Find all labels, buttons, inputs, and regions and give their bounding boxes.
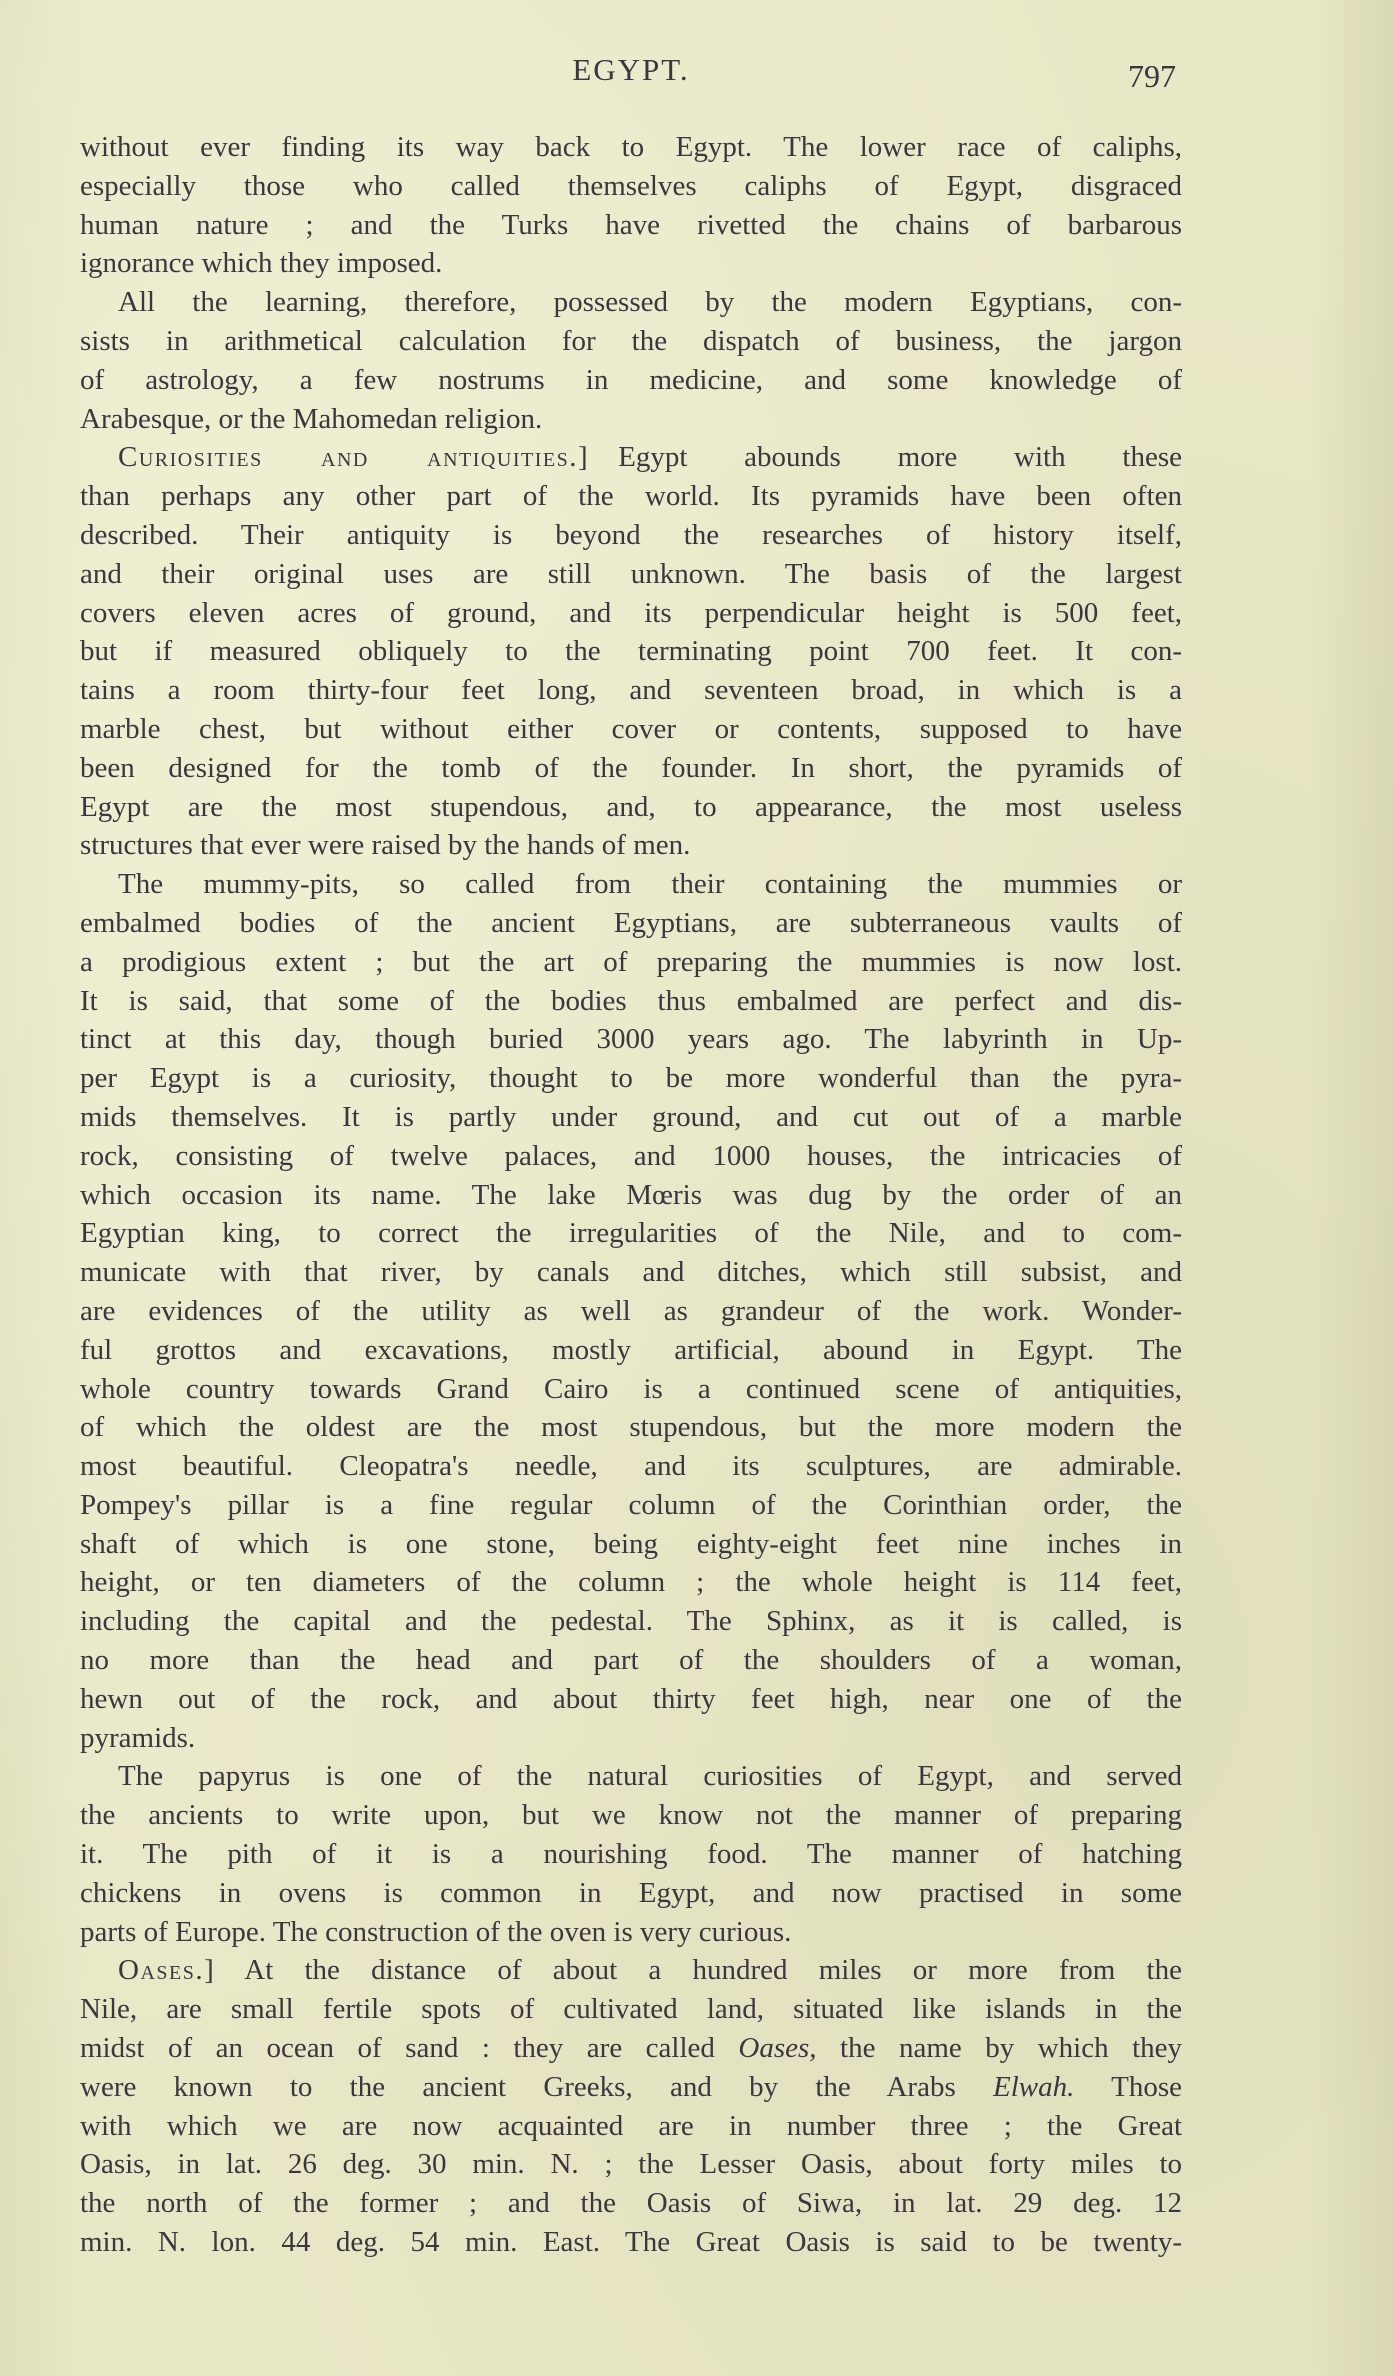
- text-line: Arabesque, or the Mahomedan religion.: [80, 400, 1182, 439]
- section-oases: Oases.] At the distance of about a hundr…: [80, 1951, 1182, 2261]
- text-line: but if measured obliquely to the termina…: [80, 632, 1182, 671]
- text-line: rock, consisting of twelve palaces, and …: [80, 1137, 1182, 1176]
- text-line: tinct at this day, though buried 3000 ye…: [80, 1020, 1182, 1059]
- text-line: The papyrus is one of the natural curios…: [80, 1757, 1182, 1796]
- line-text: Those: [1074, 2071, 1182, 2103]
- text-line: whole country towards Grand Cairo is a c…: [80, 1370, 1182, 1409]
- text-line: It is said, that some of the bodies thus…: [80, 982, 1182, 1021]
- text-line: human nature ; and the Turks have rivett…: [80, 206, 1182, 245]
- italic-term-elwah: Elwah.: [993, 2071, 1074, 2103]
- text-line: The mummy-pits, so called from their con…: [80, 865, 1182, 904]
- text-line: min. N. lon. 44 deg. 54 min. East. The G…: [80, 2223, 1182, 2262]
- text-line: marble chest, but without either cover o…: [80, 710, 1182, 749]
- text-line: municate with that river, by canals and …: [80, 1253, 1182, 1292]
- text-line: hewn out of the rock, and about thirty f…: [80, 1680, 1182, 1719]
- text-line: embalmed bodies of the ancient Egyptians…: [80, 904, 1182, 943]
- body-text: without ever finding its way back to Egy…: [80, 128, 1182, 2262]
- text-line: were known to the ancient Greeks, and by…: [80, 2068, 1182, 2107]
- text-line: no more than the head and part of the sh…: [80, 1641, 1182, 1680]
- text-line: it. The pith of it is a nourishing food.…: [80, 1835, 1182, 1874]
- text-line: the north of the former ; and the Oasis …: [80, 2184, 1182, 2223]
- text-line: Oasis, in lat. 26 deg. 30 min. N. ; the …: [80, 2145, 1182, 2184]
- text-line: tains a room thirty-four feet long, and …: [80, 671, 1182, 710]
- paragraph-learning: All the learning, therefore, possessed b…: [80, 283, 1182, 438]
- text-line: including the capital and the pedestal. …: [80, 1602, 1182, 1641]
- heading-line-text: At the distance of about a hundred miles…: [244, 1954, 1182, 1986]
- text-line: structures that ever were raised by the …: [80, 826, 1182, 865]
- line-text: midst of an ocean of sand : they are cal…: [80, 2032, 738, 2064]
- text-line: are evidences of the utility as well as …: [80, 1292, 1182, 1331]
- text-line: Curiosities and antiquities.] Egypt abou…: [80, 438, 1182, 477]
- text-line: Pompey's pillar is a fine regular column…: [80, 1486, 1182, 1525]
- text-line: and their original uses are still unknow…: [80, 555, 1182, 594]
- running-head: EGYPT. 797: [80, 48, 1182, 98]
- text-line: without ever finding its way back to Egy…: [80, 128, 1182, 167]
- running-title: EGYPT.: [80, 52, 1182, 88]
- section-heading: Curiosities and antiquities.]: [118, 441, 589, 473]
- text-line: especially those who called themselves c…: [80, 167, 1182, 206]
- line-text: were known to the ancient Greeks, and by…: [80, 2071, 993, 2103]
- text-line: shaft of which is one stone, being eight…: [80, 1525, 1182, 1564]
- page-number: 797: [1128, 58, 1176, 95]
- text-line: of astrology, a few nostrums in medicine…: [80, 361, 1182, 400]
- text-line: described. Their antiquity is beyond the…: [80, 516, 1182, 555]
- text-line: parts of Europe. The construction of the…: [80, 1913, 1182, 1952]
- text-line: mids themselves. It is partly under grou…: [80, 1098, 1182, 1137]
- text-line: most beautiful. Cleopatra's needle, and …: [80, 1447, 1182, 1486]
- italic-term-oases: Oases,: [738, 2032, 816, 2064]
- heading-line-text: Egypt abounds more with these: [618, 441, 1182, 473]
- paragraph-mummy-pits: The mummy-pits, so called from their con…: [80, 865, 1182, 1757]
- text-line: which occasion its name. The lake Mœris …: [80, 1176, 1182, 1215]
- text-line: Oases.] At the distance of about a hundr…: [80, 1951, 1182, 1990]
- text-line: Egyptian king, to correct the irregulari…: [80, 1214, 1182, 1253]
- text-line: covers eleven acres of ground, and its p…: [80, 594, 1182, 633]
- text-line: been designed for the tomb of the founde…: [80, 749, 1182, 788]
- text-line: than perhaps any other part of the world…: [80, 477, 1182, 516]
- book-page: EGYPT. 797 without ever finding its way …: [0, 0, 1394, 2376]
- text-line: Nile, are small fertile spots of cultiva…: [80, 1990, 1182, 2029]
- text-line: ignorance which they imposed.: [80, 244, 1182, 283]
- text-line: of which the oldest are the most stupend…: [80, 1408, 1182, 1447]
- section-heading: Oases.]: [118, 1954, 215, 1986]
- line-text: the name by which they: [817, 2032, 1182, 2064]
- text-line: ful grottos and excavations, mostly arti…: [80, 1331, 1182, 1370]
- text-line: with which we are now acquainted are in …: [80, 2107, 1182, 2146]
- text-line: chickens in ovens is common in Egypt, an…: [80, 1874, 1182, 1913]
- text-line: pyramids.: [80, 1719, 1182, 1758]
- text-line: midst of an ocean of sand : they are cal…: [80, 2029, 1182, 2068]
- text-line: Egypt are the most stupendous, and, to a…: [80, 788, 1182, 827]
- paragraph-continuation: without ever finding its way back to Egy…: [80, 128, 1182, 283]
- text-line: a prodigious extent ; but the art of pre…: [80, 943, 1182, 982]
- paragraph-papyrus: The papyrus is one of the natural curios…: [80, 1757, 1182, 1951]
- text-line: All the learning, therefore, possessed b…: [80, 283, 1182, 322]
- text-line: height, or ten diameters of the column ;…: [80, 1563, 1182, 1602]
- text-line: the ancients to write upon, but we know …: [80, 1796, 1182, 1835]
- section-curiosities-and-antiquities: Curiosities and antiquities.] Egypt abou…: [80, 438, 1182, 865]
- text-line: sists in arithmetical calculation for th…: [80, 322, 1182, 361]
- text-line: per Egypt is a curiosity, thought to be …: [80, 1059, 1182, 1098]
